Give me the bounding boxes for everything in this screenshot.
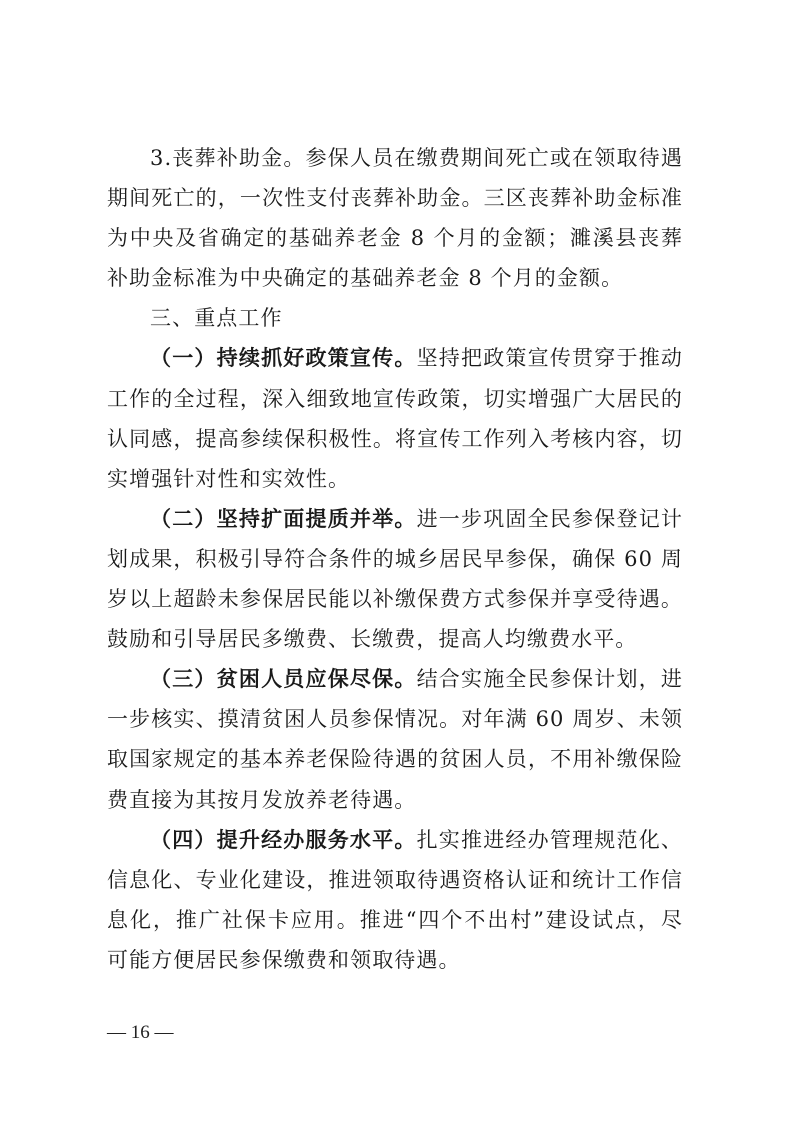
paragraph-lead: （三）贫困人员应保尽保。 (150, 667, 417, 691)
paragraph-expand-coverage: （二）坚持扩面提质并举。进一步巩固全民参保登记计划成果，积极引导符合条件的城乡居… (107, 499, 683, 659)
paragraph-lead: （二）坚持扩面提质并举。 (150, 507, 417, 531)
paragraph-poverty-coverage: （三）贫困人员应保尽保。结合实施全民参保计划，进一步核实、摸清贫困人员参保情况。… (107, 659, 683, 819)
paragraph-text: 3.丧葬补助金。参保人员在缴费期间死亡或在领取待遇期间死亡的，一次性支付丧葬补助… (107, 146, 683, 290)
section-heading: 三、重点工作 (107, 298, 683, 338)
paragraph-policy-publicity: （一）持续抓好政策宣传。坚持把政策宣传贯穿于推动工作的全过程，深入细致地宣传政策… (107, 338, 683, 498)
paragraph-lead: （一）持续抓好政策宣传。 (150, 346, 417, 370)
document-page: 3.丧葬补助金。参保人员在缴费期间死亡或在领取待遇期间死亡的，一次性支付丧葬补助… (107, 138, 683, 980)
paragraph-funeral-subsidy: 3.丧葬补助金。参保人员在缴费期间死亡或在领取待遇期间死亡的，一次性支付丧葬补助… (107, 138, 683, 298)
paragraph-lead: （四）提升经办服务水平。 (150, 828, 417, 852)
page-number: — 16 — (107, 1022, 174, 1044)
paragraph-service-level: （四）提升经办服务水平。扎实推进经办管理规范化、信息化、专业化建设，推进领取待遇… (107, 820, 683, 980)
